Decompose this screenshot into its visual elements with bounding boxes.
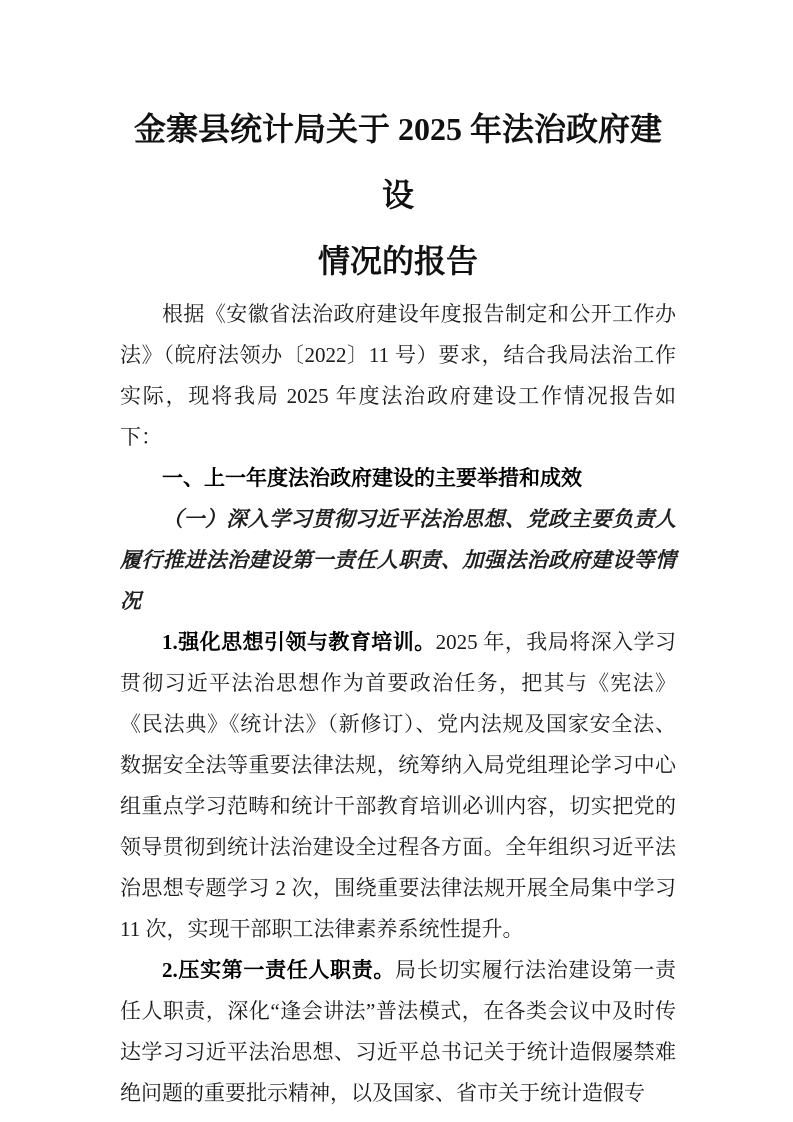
subsection1-heading: （一）深入学习贯彻习近平法治思想、党政主要负责人履行推进法治建设第一责任人职责、… (120, 499, 676, 622)
document-title-line1: 金寨县统计局关于 2025 年法治政府建设 (120, 96, 676, 228)
item1-paragraph: 1.强化思想引领与教育培训。2025 年，我局将深入学习贯彻习近平法治思想作为首… (120, 622, 676, 950)
intro-paragraph: 根据《安徽省法治政府建设年度报告制定和公开工作办法》（皖府法领办〔2022〕11… (120, 294, 676, 458)
document-title-line2: 情况的报告 (120, 228, 676, 294)
item2-lead: 2.压实第一责任人职责。 (162, 958, 395, 982)
item1-lead: 1.强化思想引领与教育培训。 (162, 630, 436, 654)
document-page: 金寨县统计局关于 2025 年法治政府建设 情况的报告 根据《安徽省法治政府建设… (0, 0, 793, 1122)
document-title: 金寨县统计局关于 2025 年法治政府建设 情况的报告 (120, 96, 676, 294)
section1-heading: 一、上一年度法治政府建设的主要举措和成效 (120, 458, 676, 499)
item1-body: 2025 年，我局将深入学习贯彻习近平法治思想作为首要政治任务，把其与《宪法》《… (120, 630, 676, 941)
item2-paragraph: 2.压实第一责任人职责。局长切实履行法治建设第一责任人职责，深化“逢会讲法”普法… (120, 950, 676, 1114)
